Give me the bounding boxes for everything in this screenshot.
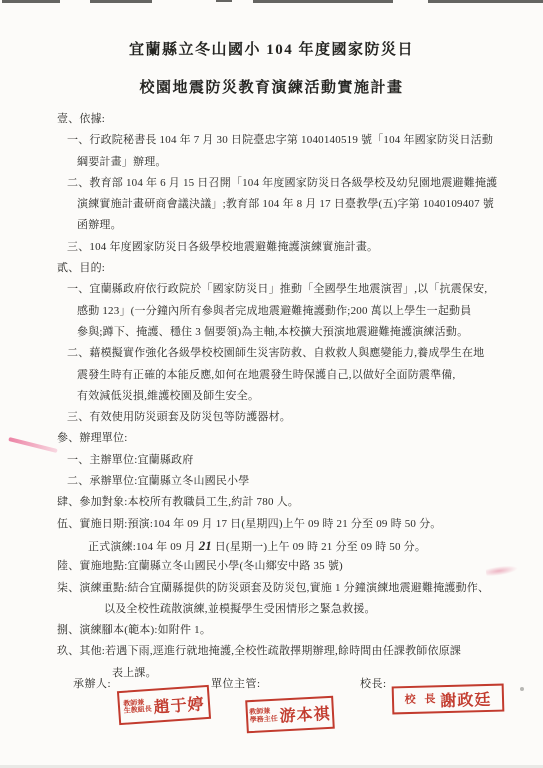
stamp-name-text: 謝政廷 <box>440 686 492 710</box>
document-title-line2: 校園地震防災教育演練活動實施計畫 <box>0 78 543 98</box>
stamp-name-text: 趙于婷 <box>153 691 205 718</box>
document-line: 一、宜蘭縣政府依行政院於「國家防災日」推動「全國學生地震演習」,以「抗震保安, <box>67 279 537 300</box>
document-line: 函辦理。 <box>77 215 537 236</box>
document-line: 有效減低災損,維護校園及師生安全。 <box>77 386 537 407</box>
document-line: 一、主辦單位:宜蘭縣政府 <box>67 450 537 471</box>
document-line: 伍、實施日期:預演:104 年 09 月 17 日(星期四)上午 09 時 21… <box>57 514 537 535</box>
scan-speck <box>520 687 524 691</box>
line-text-post: 日(星期一)上午 09 時 21 分至 09 時 50 分。 <box>212 541 426 553</box>
document-line: 一、行政院秘書長 104 年 7 月 30 日院臺忠字第 1040140519 … <box>67 130 537 151</box>
document-page: 宜蘭縣立冬山國小 104 年度國家防災日 校園地震防災教育演練活動實施計畫 壹、… <box>0 0 543 768</box>
document-line: 以及全校性疏散演練,並模擬學生受困情形之緊急救援。 <box>104 599 537 620</box>
document-line: 參與;蹲下、掩護、穩住 3 個要領)為主軸,本校擴大預演地震避難掩護演練活動。 <box>77 322 537 343</box>
document-line: 陸、實施地點:宜蘭縣立冬山國民小學(冬山鄉安中路 35 號) <box>57 556 537 577</box>
scan-artifact-top-4 <box>253 0 393 3</box>
scan-artifact-top-1 <box>2 0 60 3</box>
document-line: 參、辦理單位: <box>57 428 537 449</box>
document-body: 壹、依據:一、行政院秘書長 104 年 7 月 30 日院臺忠字第 104014… <box>57 109 537 684</box>
document-line: 表上課。 <box>112 663 537 684</box>
stamp-role-text: 教師兼 學務主任 <box>249 708 278 724</box>
document-line: 三、有效使用防災頭套及防災包等防護器材。 <box>67 407 537 428</box>
document-line: 正式演練:104 年 09 月 21 日(星期一)上午 09 時 21 分至 0… <box>88 535 537 556</box>
scan-artifact-top-3 <box>216 0 232 2</box>
stamp-role-line2: 學務主任 <box>250 715 278 724</box>
stamp-role-line2: 生教組長 <box>124 706 152 715</box>
scan-artifact-top-5 <box>428 0 543 3</box>
document-line: 肆、參加對象:本校所有教職員工生,約計 780 人。 <box>57 492 537 513</box>
document-line: 壹、依據: <box>57 109 537 130</box>
document-title-line1: 宜蘭縣立冬山國小 104 年度國家防災日 <box>0 40 543 60</box>
document-line: 二、教育部 104 年 6 月 15 日召開「104 年度國家防災日各級學校及幼… <box>67 173 537 194</box>
stamp-role-text: 校 長 <box>404 694 438 706</box>
stamp-unit-manager: 教師兼 學務主任 游本祺 <box>245 696 335 734</box>
document-line: 綱要計畫」辦理。 <box>77 152 537 173</box>
document-line: 感動 123」(一分鐘內所有參與者完成地震避難掩護動作;200 萬以上學生一起動… <box>77 301 537 322</box>
document-line: 玖、其他:若遇下雨,逕進行就地掩護,全校性疏散擇期辦理,餘時間由任課教師依原課 <box>57 641 537 662</box>
unit-manager-label: 單位主管: <box>211 676 261 692</box>
document-line: 柒、演練重點:結合宜蘭縣提供的防災頭套及防災包,實施 1 分鐘演練地震避難掩護動… <box>57 578 537 599</box>
document-line: 捌、演練腳本(範本):如附件 1。 <box>57 620 537 641</box>
document-line: 二、承辦單位:宜蘭縣立冬山國民小學 <box>67 471 537 492</box>
document-line: 三、104 年度國家防災日各級學校地震避難掩護演練實施計畫。 <box>67 237 537 258</box>
pink-pen-mark <box>8 437 57 453</box>
contractor-label: 承辦人: <box>73 676 111 692</box>
document-line: 二、藉模擬實作強化各級學校校園師生災害防救、自救救人與應變能力,養成學生在地 <box>67 343 537 364</box>
stamp-role-text: 教師兼 生教組長 <box>123 698 152 715</box>
document-line: 震發生時有正確的本能反應,如何在地震發生時保護自己,以做好全面防震準備, <box>77 365 537 386</box>
document-line: 貳、目的: <box>57 258 537 279</box>
handwritten-date: 21 <box>199 538 212 553</box>
stamp-principal: 校 長 謝政廷 <box>392 684 505 715</box>
line-text-pre: 正式演練:104 年 09 月 <box>88 541 199 553</box>
stamp-contractor: 教師兼 生教組長 趙于婷 <box>117 685 211 725</box>
scan-artifact-top-2 <box>90 0 152 3</box>
principal-label: 校長: <box>360 676 387 692</box>
stamp-name-text: 游本祺 <box>279 701 331 727</box>
document-line: 演練實施計畫研商會議決議」;教育部 104 年 8 月 17 日臺教學(五)字第… <box>77 194 537 215</box>
